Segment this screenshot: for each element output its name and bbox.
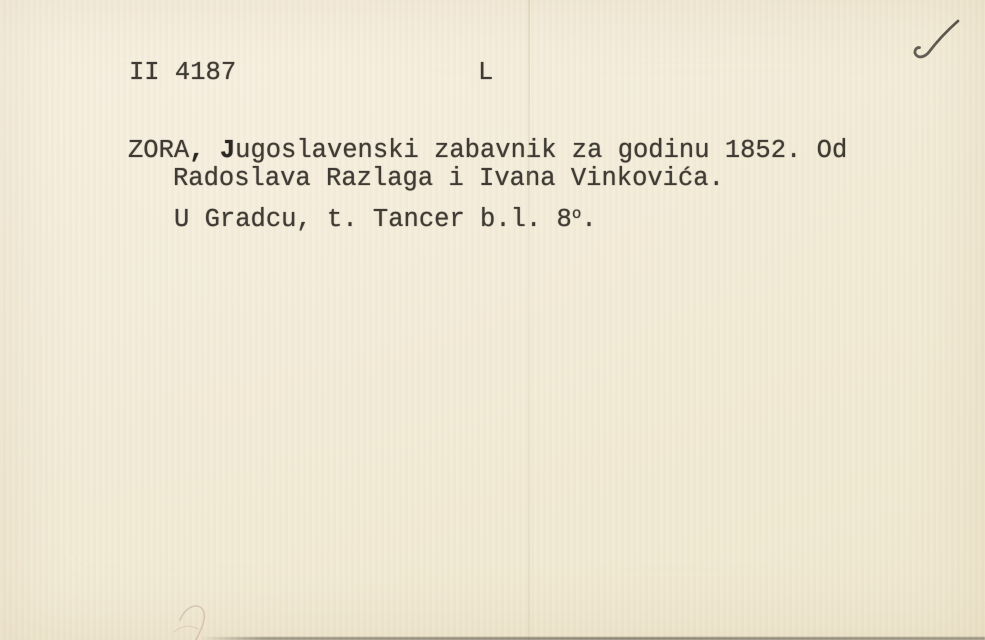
imprint-line: U Gradcu, t. Tancer b.l. 8o.	[174, 199, 597, 235]
title-rest: ugoslavenski zabavnik za godinu 1852. Od	[235, 136, 847, 165]
pencil-smudge	[172, 596, 228, 640]
card-crease	[528, 0, 530, 640]
title-line-1: ZORA, Jugoslavenski zabavnik za godinu 1…	[128, 136, 847, 166]
title-overwritten-letter: , J	[189, 136, 235, 165]
imprint-text: U Gradcu, t. Tancer b.l. 8	[174, 205, 572, 234]
title-line-2: Radoslava Razlaga i Ivana Vinkovića.	[173, 164, 724, 194]
catalog-card: II 4187 L ZORA, Jugoslavenski zabavnik z…	[0, 0, 985, 640]
checkmark-icon	[893, 12, 967, 68]
section-letter: L	[478, 58, 493, 88]
title-prefix: ZORA	[128, 136, 189, 165]
octavo-superscript: o	[572, 199, 581, 229]
imprint-end: .	[581, 205, 596, 234]
shelfmark: II 4187	[129, 58, 236, 88]
